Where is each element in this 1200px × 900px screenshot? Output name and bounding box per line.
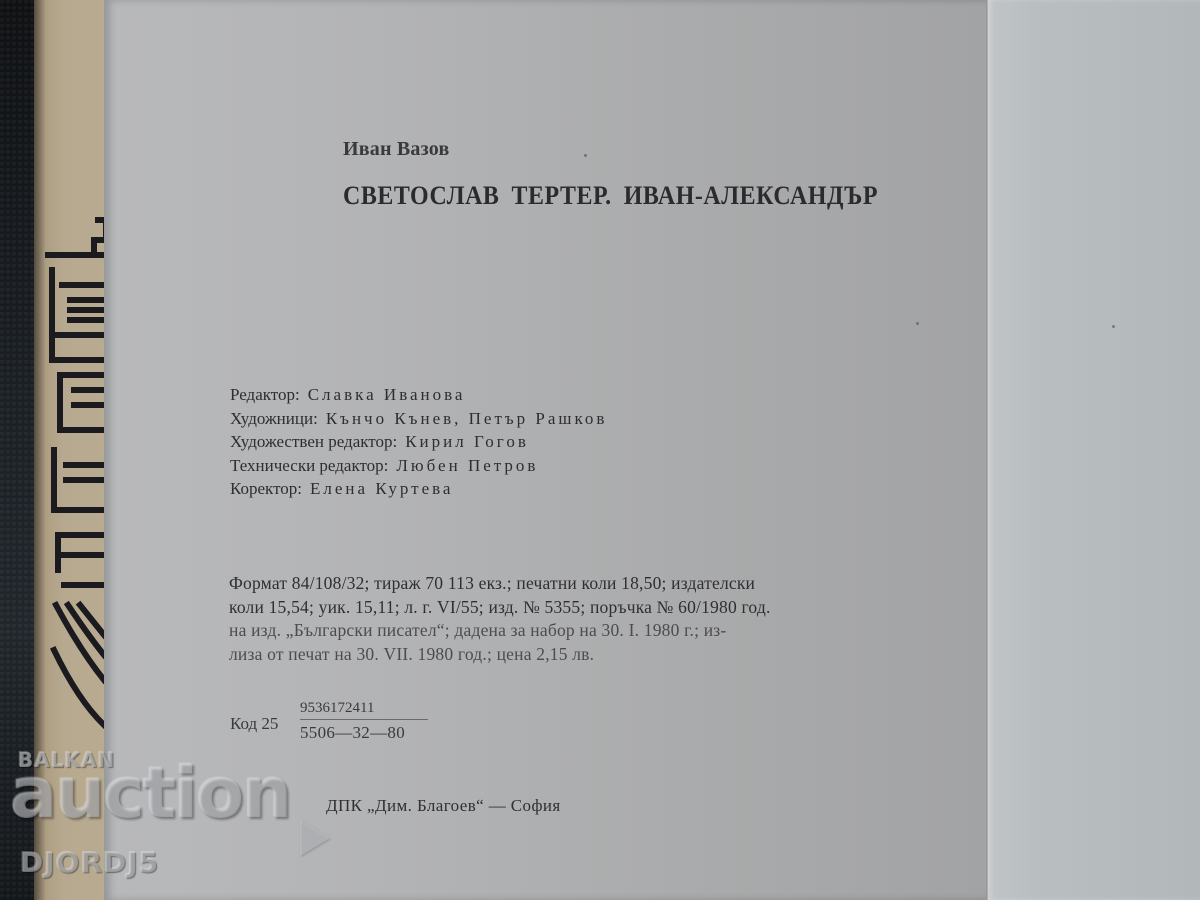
credit-role: Художествен редактор: xyxy=(230,432,397,451)
credit-name: Кънчо Кънев, Петър Рашков xyxy=(326,409,608,428)
code-numerator: 9536172411 xyxy=(300,700,428,720)
credit-role: Художници: xyxy=(230,409,318,428)
imprint-line: на изд. „Български писател“; дадена за н… xyxy=(229,619,771,643)
imprint-line: Формат 84/108/32; тираж 70 113 екз.; печ… xyxy=(229,572,771,596)
imprint-line: лиза от печат на 30. VII. 1980 год.; цен… xyxy=(229,643,771,667)
printer-line: ДПК „Дим. Благоев“ — София xyxy=(326,796,561,816)
credit-name: Любен Петров xyxy=(396,456,538,475)
credits-list: Редактор:Славка Иванова Художници:Кънчо … xyxy=(230,383,607,501)
credit-name: Елена Куртева xyxy=(310,479,453,498)
code-label: Код 25 xyxy=(230,714,278,734)
credit-row-art-editor: Художествен редактор:Кирил Гогов xyxy=(230,430,607,454)
book-page-right xyxy=(988,0,1200,900)
paper-speck xyxy=(916,322,919,325)
credit-role: Коректор: xyxy=(230,479,302,498)
cover-ornament-pattern xyxy=(40,210,110,730)
credit-name: Славка Иванова xyxy=(308,385,466,404)
credit-name: Кирил Гогов xyxy=(405,432,529,451)
code-fraction: 9536172411 5506—32—80 xyxy=(300,700,428,743)
credit-row-proofreader: Коректор:Елена Куртева xyxy=(230,477,607,501)
credit-row-artists: Художници:Кънчо Кънев, Петър Рашков xyxy=(230,407,607,431)
credit-row-editor: Редактор:Славка Иванова xyxy=(230,383,607,407)
paper-speck xyxy=(584,154,587,157)
credit-role: Технически редактор: xyxy=(230,456,388,475)
imprint-block: Формат 84/108/32; тираж 70 113 екз.; печ… xyxy=(229,572,771,666)
photo-scene: Иван Вазов СВЕТОСЛАВ ТЕРТЕР. ИВАН-АЛЕКСА… xyxy=(0,0,1200,900)
credit-row-technical-editor: Технически редактор:Любен Петров xyxy=(230,454,607,478)
book-author: Иван Вазов xyxy=(343,138,449,161)
code-denominator: 5506—32—80 xyxy=(300,720,428,743)
imprint-line: коли 15,54; уик. 15,11; л. г. VI/55; изд… xyxy=(229,596,771,620)
book-title: СВЕТОСЛАВ ТЕРТЕР. ИВАН-АЛЕКСАНДЪР xyxy=(343,181,878,211)
credit-role: Редактор: xyxy=(230,385,300,404)
paper-speck xyxy=(1112,325,1115,328)
